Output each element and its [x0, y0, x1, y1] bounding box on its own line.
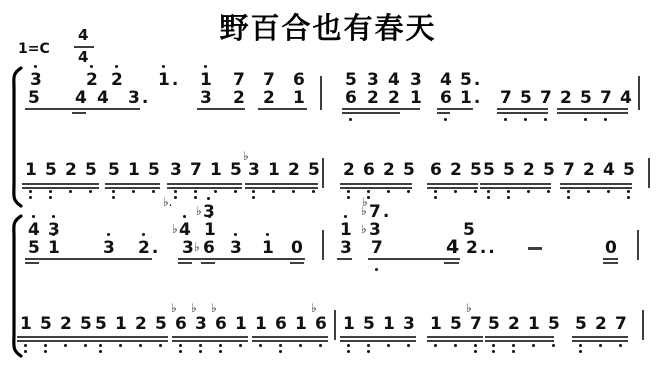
octave-dot-below [179, 344, 182, 347]
score-note: 5 [40, 316, 52, 333]
octave-dot-below [272, 190, 275, 193]
score-note: 1. [460, 90, 482, 107]
octave-dot-below [279, 350, 282, 353]
octave-dot-below [487, 190, 490, 193]
flat-sign: ♭. [163, 196, 172, 208]
beam-underline [497, 112, 548, 114]
beam-underline [340, 187, 412, 189]
time-signature-denominator: 4 [78, 50, 88, 65]
score-note: 3 [367, 72, 379, 89]
score-note: 2 [367, 90, 379, 107]
octave-dot-above [344, 215, 347, 218]
beam-underline [337, 258, 352, 260]
score-note: 4 [388, 72, 400, 89]
beam-underline [25, 258, 152, 260]
octave-dot-below [299, 344, 302, 347]
score-note: 4 [620, 90, 632, 107]
barline [638, 76, 640, 110]
octave-dot-below [44, 350, 47, 353]
octave-dot-below [139, 344, 142, 347]
score-note: 5 [155, 316, 167, 333]
score-note: 1 [293, 90, 305, 107]
octave-dot-below [454, 190, 457, 193]
octave-dot-below [69, 190, 72, 193]
octave-dot-above [266, 233, 269, 236]
octave-dot-below [492, 350, 495, 353]
octave-dot-below [194, 190, 197, 193]
score-note: 1 [128, 162, 140, 179]
score-note: 1 [115, 316, 127, 333]
beam-underline [258, 108, 307, 110]
aug-dot: . [142, 88, 150, 108]
score-note: 4 [440, 72, 452, 89]
score-note: 2 [523, 162, 535, 179]
octave-dot-below [507, 190, 510, 193]
beam-underline [427, 340, 483, 342]
score-note: 2 [288, 162, 300, 179]
score-note: 3 [203, 204, 215, 221]
score-note: 3 [170, 162, 182, 179]
octave-dot-below [199, 350, 202, 353]
flat-sign: ♭ [194, 241, 200, 253]
score-note: 5 [520, 90, 532, 107]
score-note: 5 [148, 162, 160, 179]
sheet-music-page: 野百合也有春天 1=C 4 4 3221.1776534345.5443.322… [0, 0, 656, 367]
score-note: 7. [369, 204, 391, 221]
octave-dot-below [64, 344, 67, 347]
score-note: 2.. [466, 240, 497, 257]
score-note: 6 [363, 162, 375, 179]
beam-underline [22, 187, 99, 189]
octave-dot-above [32, 215, 35, 218]
song-title: 野百合也有春天 [0, 6, 656, 47]
octave-dot-above [183, 215, 186, 218]
brace-glyph [6, 66, 24, 208]
octave-dot-below [524, 118, 527, 121]
score-note: 2 [233, 90, 245, 107]
octave-dot-below [512, 350, 515, 353]
score-note: 2 [86, 72, 98, 89]
score-note: 5 [308, 162, 320, 179]
octave-dot-below [252, 196, 255, 199]
octave-dot-below [604, 118, 607, 121]
score-note: 2 [450, 162, 462, 179]
beam-underline [427, 183, 478, 185]
score-note: 6 [275, 316, 287, 333]
octave-dot-below [112, 190, 115, 193]
score-note: 7 [371, 240, 383, 257]
beam-underline [17, 340, 94, 342]
flat-sign: ♭ [171, 302, 177, 314]
octave-dot-above [234, 233, 237, 236]
octave-dot-below [112, 196, 115, 199]
beam-underline [557, 112, 628, 114]
octave-dot-above [207, 197, 210, 200]
beam-underline [245, 183, 318, 185]
score-note: 6 [440, 90, 452, 107]
octave-dot-below [579, 350, 582, 353]
octave-dot-below [444, 118, 447, 121]
octave-dot-below [507, 196, 510, 199]
score-note: 1 [430, 316, 442, 333]
score-note: 5 [488, 316, 500, 333]
octave-dot-below [367, 190, 370, 193]
octave-dot-below [434, 196, 437, 199]
flat-sign: ♭ [172, 223, 178, 235]
octave-dot-below [347, 350, 350, 353]
score-note: 2 [560, 90, 572, 107]
barline [648, 158, 650, 188]
beam-underline [572, 336, 628, 338]
score-note: 6 [215, 316, 227, 333]
score-note: 3 [195, 316, 207, 333]
beam-underline [485, 336, 554, 338]
beam-underline [427, 336, 483, 338]
beam-underline [427, 187, 478, 189]
octave-dot-below [347, 196, 350, 199]
score-note: 3 [103, 240, 115, 257]
beam-underline [167, 187, 242, 189]
score-note: 1 [410, 90, 422, 107]
beam-underline [105, 183, 160, 185]
octave-dot-below [99, 344, 102, 347]
barline [642, 310, 644, 340]
beam-underline [172, 336, 248, 338]
beam-underline [252, 340, 328, 342]
octave-dot-below [527, 190, 530, 193]
score-note: 1 [255, 316, 267, 333]
beam-underline [25, 108, 140, 110]
score-note: 5 [28, 240, 40, 257]
octave-dot-below [29, 190, 32, 193]
octave-dot-below [512, 344, 515, 347]
score-note: 5 [483, 162, 495, 179]
score-note: 6 [315, 316, 327, 333]
score-note: 1 [295, 316, 307, 333]
score-note: 1 [383, 316, 395, 333]
score-note: 2 [508, 316, 520, 333]
octave-dot-below [407, 344, 410, 347]
score-note: 5 [575, 316, 587, 333]
score-note: 3 [200, 90, 212, 107]
score-note: 6 [175, 316, 187, 333]
octave-dot-below [407, 190, 410, 193]
score-note: 2 [60, 316, 72, 333]
octave-dot-above [52, 215, 55, 218]
aug-dot: . [474, 88, 482, 108]
aug-dot: .. [480, 238, 497, 258]
score-note: 5 [470, 162, 482, 179]
octave-dot-below [547, 190, 550, 193]
score-note: 7 [540, 90, 552, 107]
flat-sign: ♭ [466, 302, 472, 314]
beam-underline [497, 108, 548, 110]
octave-dot-below [627, 190, 630, 193]
score-note: 7 [500, 90, 512, 107]
beam-underline [480, 183, 551, 185]
flat-sign: ♭ [361, 223, 367, 235]
octave-dot-below [119, 344, 122, 347]
score-note: 5 [548, 316, 560, 333]
barline [320, 76, 322, 110]
octave-dot-below [49, 190, 52, 193]
beam-underline [560, 187, 632, 189]
score-note: 3 [248, 162, 260, 179]
octave-dot-above [90, 65, 93, 68]
octave-dot-below [214, 190, 217, 193]
score-note: 3. [128, 90, 150, 107]
score-note: 5 [230, 162, 242, 179]
octave-dot-below [84, 344, 87, 347]
octave-dot-below [434, 344, 437, 347]
octave-dot-below [487, 196, 490, 199]
score-note: 5 [345, 72, 357, 89]
score-note: 1 [235, 316, 247, 333]
octave-dot-below [99, 350, 102, 353]
octave-dot-below [627, 196, 630, 199]
octave-dot-below [132, 190, 135, 193]
octave-dot-below [24, 350, 27, 353]
beam-underline [92, 340, 168, 342]
score-note: 3 [410, 72, 422, 89]
score-note: 4 [446, 238, 459, 257]
octave-dot-above [142, 233, 145, 236]
beam-underline [197, 108, 245, 110]
octave-dot-below [89, 190, 92, 193]
score-note: 1 [268, 162, 280, 179]
beam-underline [340, 183, 412, 185]
octave-dot-below [199, 344, 202, 347]
octave-dot-below [367, 350, 370, 353]
score-note: 1 [343, 316, 355, 333]
score-note: 1 [340, 222, 352, 239]
score-note: 7 [615, 316, 627, 333]
score-note: 5 [80, 316, 92, 333]
score-note: 1 [25, 162, 37, 179]
brace-glyph [6, 214, 24, 358]
octave-dot-above [204, 65, 207, 68]
octave-dot-below [504, 118, 507, 121]
score-note: 2 [583, 162, 595, 179]
octave-dot-above [115, 65, 118, 68]
beam-underline [290, 262, 304, 264]
octave-dot-below [179, 350, 182, 353]
aug-dot: . [172, 70, 180, 90]
beam-underline [167, 183, 242, 185]
score-note: 4 [603, 162, 615, 179]
octave-dot-below [552, 344, 555, 347]
octave-dot-below [174, 196, 177, 199]
octave-dot-below [24, 344, 27, 347]
score-note: 1 [528, 316, 540, 333]
octave-dot-below [152, 190, 155, 193]
score-note: 4 [28, 222, 40, 239]
score-note: 5 [580, 90, 592, 107]
beam-underline [437, 108, 473, 110]
beam-underline [340, 340, 416, 342]
octave-dot-below [599, 344, 602, 347]
score-note: 1 [210, 162, 222, 179]
octave-dot-above [52, 233, 55, 236]
flat-sign: ♭ [211, 302, 217, 314]
score-note: 5 [363, 316, 375, 333]
beam-underline [74, 46, 94, 48]
score-note: 5 [403, 162, 415, 179]
barline [637, 230, 639, 260]
score-note: 3 [30, 72, 42, 89]
score-note: 5 [28, 90, 40, 107]
aug-dot: . [474, 70, 482, 90]
score-note: 3 [340, 240, 352, 257]
octave-dot-below [375, 268, 378, 271]
score-note: 1 [262, 240, 274, 257]
score-note: 5 [503, 162, 515, 179]
score-note: 2. [138, 240, 160, 257]
octave-dot-below [347, 344, 350, 347]
barline [322, 230, 324, 260]
barline [334, 310, 336, 340]
beam-underline [444, 262, 459, 264]
octave-dot-above [162, 65, 165, 68]
flat-sign: ♭ [361, 205, 367, 217]
score-note: 5 [543, 162, 555, 179]
octave-dot-above [34, 65, 37, 68]
score-note: 1 [204, 222, 216, 239]
octave-dot-below [474, 190, 477, 193]
octave-dot-below [259, 344, 262, 347]
octave-dot-below [584, 118, 587, 121]
score-note: 3 [182, 240, 194, 257]
beam-underline [201, 262, 215, 264]
octave-dot-below [347, 190, 350, 193]
score-note: 2 [595, 316, 607, 333]
octave-dot-below [579, 344, 582, 347]
beam-underline [342, 112, 400, 114]
score-note: 6 [293, 72, 305, 89]
octave-dot-below [219, 350, 222, 353]
time-signature-numerator: 4 [78, 28, 88, 43]
flat-sign: ♭ [191, 302, 197, 314]
beam-underline [603, 262, 618, 264]
score-note: 5 [108, 162, 120, 179]
beam-underline [172, 340, 248, 342]
octave-dot-above [107, 233, 110, 236]
score-note: 7 [600, 90, 612, 107]
beam-underline [22, 183, 99, 185]
score-note: 5 [463, 222, 475, 239]
score-note: 1 [200, 72, 212, 89]
beam-underline [25, 262, 39, 264]
score-note: 2 [263, 90, 275, 107]
score-note: 6 [345, 90, 357, 107]
beam-underline [560, 183, 632, 185]
octave-dot-below [474, 350, 477, 353]
beam-underline [92, 336, 168, 338]
octave-dot-below [387, 190, 390, 193]
score-note: 6 [430, 162, 442, 179]
beam-underline [342, 108, 420, 110]
score-note: 7 [563, 162, 575, 179]
octave-dot-below [219, 344, 222, 347]
beam-underline [178, 258, 305, 260]
octave-dot-below [434, 190, 437, 193]
beam-underline [105, 187, 160, 189]
score-note: 5. [460, 72, 482, 89]
octave-dot-below [252, 190, 255, 193]
flat-sign: ♭ [311, 302, 317, 314]
aug-dot: . [152, 238, 160, 258]
score-note: 2 [135, 316, 147, 333]
octave-dot-below [349, 118, 352, 121]
octave-dot-below [312, 190, 315, 193]
octave-dot-below [279, 344, 282, 347]
score-note: 3 [369, 222, 381, 239]
score-note: 5 [45, 162, 57, 179]
score-note: 1. [158, 72, 180, 89]
score-note: 4 [179, 222, 191, 239]
system-brace [6, 214, 24, 362]
octave-dot-below [607, 190, 610, 193]
beam-underline [252, 336, 328, 338]
octave-dot-below [319, 344, 322, 347]
flat-sign: ♭ [196, 205, 202, 217]
score-note: 4 [97, 90, 109, 107]
beam-underline [340, 336, 416, 338]
octave-dot-below [29, 196, 32, 199]
beam-underline [603, 258, 618, 260]
score-note: 0 [605, 240, 617, 257]
octave-dot-below [567, 190, 570, 193]
score-note: 3 [48, 222, 60, 239]
score-note: 5 [95, 316, 107, 333]
octave-dot-below [234, 190, 237, 193]
score-note: 0 [291, 240, 303, 257]
beam-underline [557, 108, 628, 110]
beam-underline [17, 336, 94, 338]
octave-dot-below [239, 344, 242, 347]
score-note: 2 [111, 72, 123, 89]
score-note: 5 [85, 162, 97, 179]
score-note: 2 [388, 90, 400, 107]
octave-dot-below [174, 190, 177, 193]
octave-dot-below [532, 344, 535, 347]
barline [322, 158, 324, 188]
score-note: 6 [203, 240, 215, 257]
score-note: 3 [403, 316, 415, 333]
octave-dot-below [619, 344, 622, 347]
octave-dot-below [49, 196, 52, 199]
score-note: 3 [230, 240, 242, 257]
score-note: 1 [48, 240, 60, 257]
octave-dot-below [194, 196, 197, 199]
score-note: 7 [233, 72, 245, 89]
beam-underline [437, 112, 450, 114]
score-note: 2 [383, 162, 395, 179]
octave-dot-above [208, 215, 211, 218]
beam-underline [480, 187, 551, 189]
octave-dot-below [367, 344, 370, 347]
octave-dot-below [387, 344, 390, 347]
octave-dot-below [159, 344, 162, 347]
score-note: 7 [190, 162, 202, 179]
score-note: 5 [623, 162, 635, 179]
aug-dot: . [383, 202, 391, 222]
score-note: 2 [343, 162, 355, 179]
octave-dot-below [587, 190, 590, 193]
octave-dot-below [492, 344, 495, 347]
score-note: 4 [75, 90, 87, 107]
beam-underline [368, 258, 460, 260]
